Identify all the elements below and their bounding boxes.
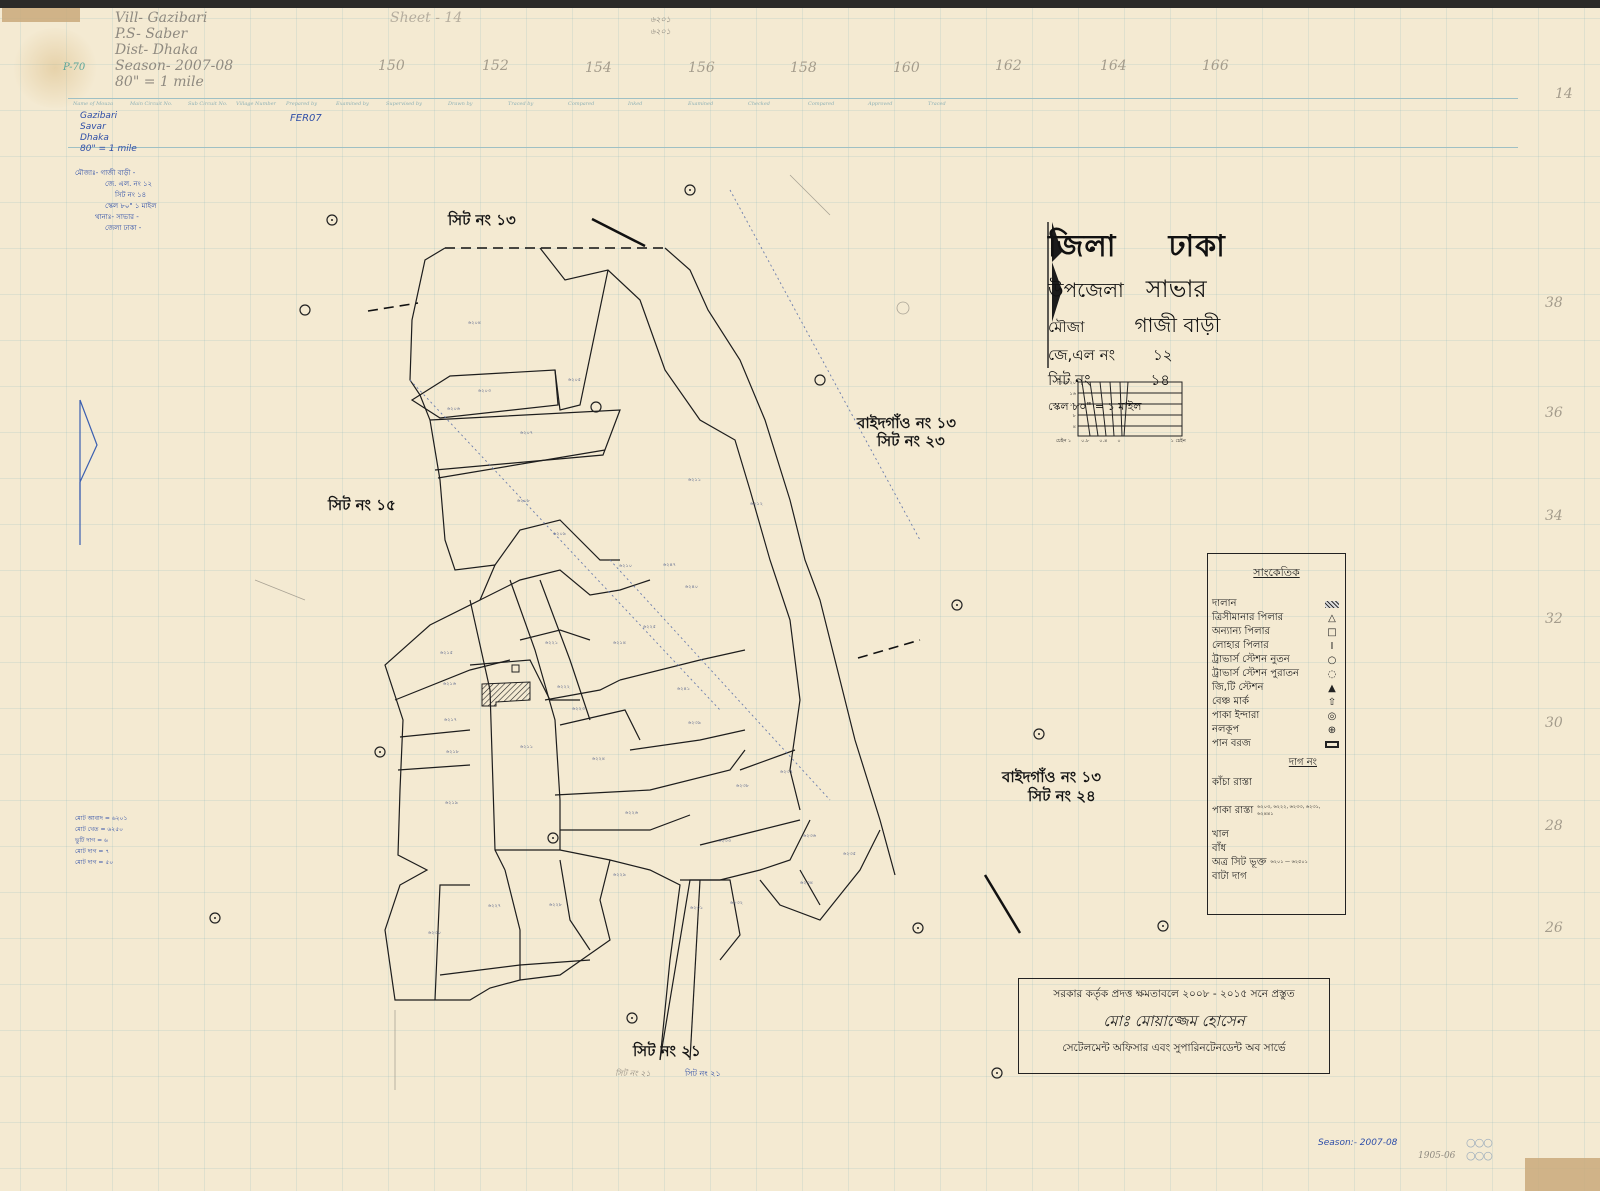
dotted-circle-icon: ◌	[1325, 669, 1339, 680]
plot-number: ৬২৩৮	[736, 783, 749, 791]
road-plots: ৬২০১ — ৬২৫০১	[1270, 859, 1307, 867]
adjacent-sheet-south: সিট নং ২১	[633, 1040, 701, 1065]
plot-number: ৬২২৪	[592, 756, 605, 764]
jl-value: ১২	[1153, 344, 1173, 369]
plot-number: ৬২১২	[750, 501, 763, 509]
adjacent-sheet-west: সিট নং ১৫	[328, 494, 396, 519]
plot-number: ৬২৩৭	[780, 769, 793, 777]
building-hatched	[482, 682, 530, 706]
scale-label: ১২	[1048, 400, 1076, 411]
scale-bottom-labels: চেইন ১ ০.৮ ০.৪ ০ ১ চেইন	[1056, 438, 1186, 446]
plot-number: ৬২১৯	[445, 800, 458, 808]
officer-signature: মোঃ মোয়াজ্জেম হোসেন	[1019, 1010, 1329, 1035]
legend-box: সাংকেতিক দালান ত্রিসীমানার পিলার△ অন্যান…	[1207, 553, 1346, 915]
plot-no-heading: দাগ নং	[1208, 755, 1345, 772]
iron-pillar-icon: I	[1325, 641, 1339, 652]
plot-number: ৬২১৮	[446, 749, 459, 757]
certificate-line3: সেটেলমেন্ট অফিসার এবং সুপারিনটেনডেন্ট অব…	[1019, 1041, 1329, 1058]
plot-number: ৬২০৬	[447, 406, 460, 414]
betel-garden-icon	[1325, 741, 1339, 748]
plot-number: ৬২০৫	[568, 377, 581, 385]
triangle-icon: △	[1325, 613, 1339, 624]
plot-number: ৬২৪০	[685, 584, 698, 592]
plot-number: ৬২০৭	[520, 430, 533, 438]
plot-number: ৬২৩২	[730, 900, 743, 908]
plot-number: ৬২১০	[619, 563, 632, 571]
road-item: পাকা রাস্তা৬২০৩, ৬২২২, ৬২৩৩, ৬২৩১, ৬২৪৪১	[1208, 804, 1345, 818]
district-value: ঢাকা	[1168, 222, 1225, 273]
plot-number: ৬২৩৬	[803, 833, 816, 841]
north-arrow-icon	[80, 400, 97, 545]
season-note-2: 1905-06	[1418, 1151, 1455, 1161]
circle-icon: ○	[1325, 655, 1339, 666]
plot-number: ৬২৩৪	[800, 880, 813, 888]
plot-number: ৬২২১	[545, 640, 558, 648]
sheet-value: ১৪	[1151, 369, 1170, 394]
legend-label: পান বরজ	[1212, 736, 1251, 753]
plot-number: ৬২২৩	[572, 706, 585, 714]
map-sheet: Vill- Gazibari P.S- Saber Dist- Dhaka Se…	[0, 8, 1600, 1191]
plot-number: ৬২১১	[520, 744, 533, 752]
adjacent-sheet-east-upper: সিট নং ২৩	[877, 430, 945, 455]
legend-title: সাংকেতিক	[1208, 564, 1345, 583]
road-label: কাঁচা রাস্তা	[1212, 775, 1252, 792]
plot-number: ৬২২২	[557, 684, 570, 692]
square-icon: □	[1325, 627, 1339, 638]
pencil-note-south: সিট নং ২১	[615, 1068, 651, 1081]
plot-number: ৬২৩৯	[688, 720, 701, 728]
season-note: Season:- 2007-08	[1318, 1138, 1397, 1148]
scale-label: লিংক ২০	[1048, 378, 1076, 389]
scale-label: ১ চেইন	[1171, 438, 1186, 446]
hatched-rect-icon	[1325, 601, 1339, 608]
scale-label: ০.৮	[1081, 438, 1089, 446]
adjacent-sheet-east-lower: সিট নং ২৪	[1028, 785, 1096, 810]
plot-number: ৬২২৬	[625, 810, 638, 818]
scale-label: চেইন ১	[1056, 438, 1071, 446]
bench-mark-icon: ⇧	[1325, 697, 1339, 708]
road-label: বাটা দাগ	[1212, 869, 1247, 886]
small-structure	[512, 665, 519, 672]
plot-number: ৬২২৫	[643, 624, 656, 632]
title-block: জিলা ঢাকা উপজেলা সাভার মৌজা গাজী বাড়ী জ…	[1048, 222, 1248, 417]
adjacent-sheet-north: সিট নং ১৩	[448, 209, 516, 234]
plot-number: ৬২১৬	[443, 681, 456, 689]
plot-number: ৬২১৪	[613, 640, 626, 648]
scale-label: ১৬	[1048, 389, 1076, 400]
road-plots: ৬২০৩, ৬২২২, ৬২৩৩, ৬২৩১, ৬২৪৪১	[1257, 804, 1337, 818]
scale-label: ৮	[1048, 411, 1076, 422]
plot-number: ৬২০৮	[517, 498, 530, 506]
plot-number: ৬২৩৩	[718, 838, 731, 846]
tubewell-icon: ⊕	[1325, 725, 1339, 736]
well-icon: ◎	[1325, 711, 1339, 722]
certificate-box: সরকার কর্তৃক প্রদত্ত ক্ষমতাবলে ২০০৮ - ২০…	[1018, 978, 1330, 1074]
upazila-label: উপজেলা	[1048, 276, 1124, 309]
legend-item: পান বরজ	[1208, 737, 1345, 751]
plot-number: ৬২০৯	[553, 531, 566, 539]
plot-number: ৬২৩০	[428, 930, 441, 938]
plot-number: ৬২৪১	[677, 686, 690, 694]
road-label: পাকা রাস্তা	[1212, 803, 1253, 820]
plot-number: ৬২৪৭	[663, 562, 676, 570]
plot-number: ৬২২৯	[613, 872, 626, 880]
circles-row-icon: ○○○	[1466, 1149, 1492, 1162]
plot-number: ৬২১১	[688, 477, 701, 485]
plot-number: ৬২২৭	[488, 903, 501, 911]
mouza-label: মৌজা	[1048, 316, 1084, 341]
plot-number: ৬২১৭	[444, 717, 457, 725]
jl-label: জে,এল নং	[1048, 344, 1115, 369]
plot-number: ৬২৩১	[690, 905, 703, 913]
scale-label: ০.৪	[1099, 438, 1107, 446]
circles-row-icon: ○○○	[1466, 1136, 1492, 1149]
plot-number: ৬২৩৫	[843, 851, 856, 859]
mouza-value: গাজী বাড়ী	[1134, 311, 1220, 344]
scale-label: ০	[1117, 438, 1120, 446]
road-item: বাটা দাগ	[1208, 870, 1345, 884]
blue-note-south: সিট নং ২১	[685, 1068, 721, 1081]
district-label: জিলা	[1048, 222, 1116, 273]
scale-label: ৪	[1048, 422, 1076, 433]
road-item: খাল	[1208, 828, 1345, 842]
upazila-value: সাভার	[1146, 271, 1207, 311]
plot-number: ৬২০৪	[468, 320, 481, 328]
scale-left-labels: লিংক ২০ ১৬ ১২ ৮ ৪	[1048, 378, 1076, 433]
gt-station-icon: ▲	[1325, 683, 1339, 694]
plot-number: ৬২০৩	[478, 388, 491, 396]
plot-number: ৬২১৫	[440, 650, 453, 658]
road-item: কাঁচা রাস্তা	[1208, 776, 1345, 790]
certificate-line1: সরকার কর্তৃক প্রদত্ত ক্ষমতাবলে ২০০৮ - ২০…	[1019, 987, 1329, 1004]
plot-number: ৬২২৮	[549, 902, 562, 910]
cadastral-map-drawing	[0, 8, 1600, 1191]
